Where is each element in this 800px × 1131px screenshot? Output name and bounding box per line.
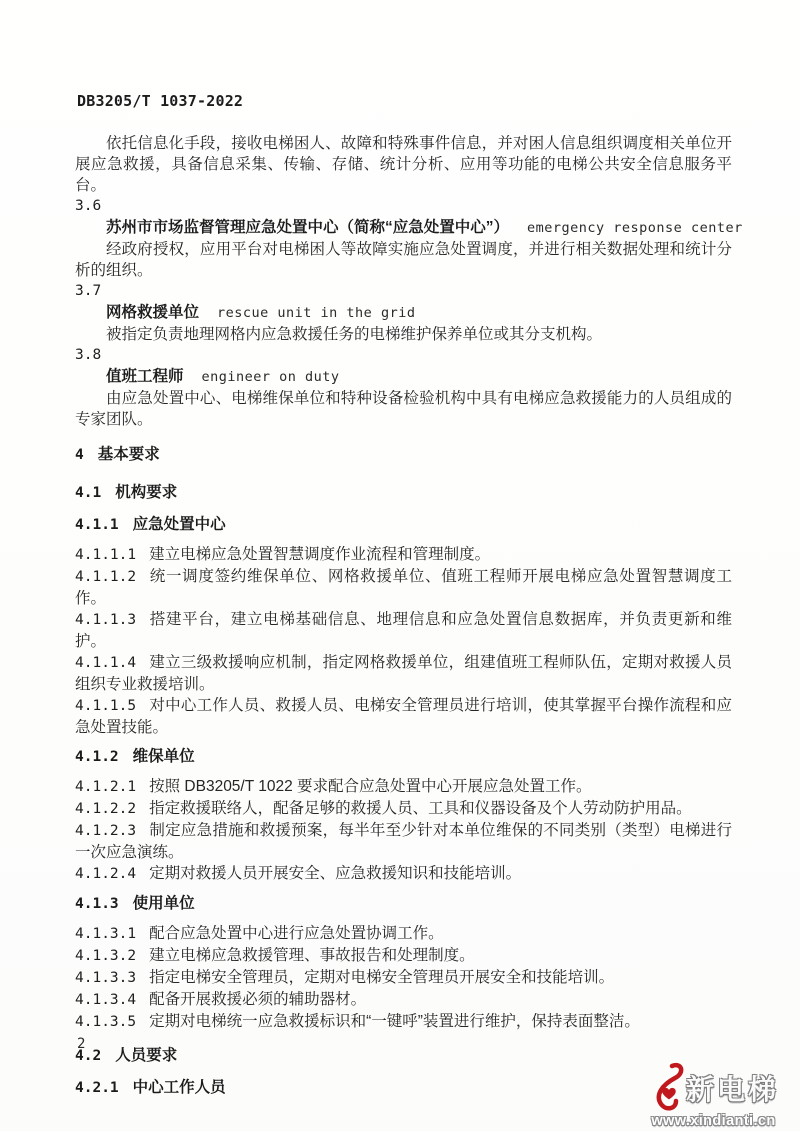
clause-item-text: 配备开展救援必须的辅助器材。 xyxy=(149,991,366,1008)
clause-item: 4.1.2.1按照 DB3205/T 1022 要求配合应急处置中心开展应急处置… xyxy=(75,776,732,798)
clause-item: 4.1.1.4建立三级救援响应机制，指定网格救援单位，组建值班工程师队伍，定期对… xyxy=(75,652,732,695)
clause-item-text: 建立三级救援响应机制，指定网格救援单位，组建值班工程师队伍，定期对救援人员组织专… xyxy=(75,654,732,693)
section-number: 4.1.2 xyxy=(75,749,119,765)
document-content: 依托信息化手段，接收电梯困人、故障和特殊事件信息，并对困人信息组织调度相关单位开… xyxy=(75,133,732,1107)
clause-item-text: 建立电梯应急处置智慧调度作业流程和管理制度。 xyxy=(149,546,490,563)
term-chinese: 值班工程师 xyxy=(106,368,184,385)
clause-item-text: 制定应急措施和救援预案，每半年至少针对本单位维保的不同类别（类型）电梯进行一次应… xyxy=(75,822,732,861)
watermark-url: www.xindianti.cn xyxy=(651,1113,775,1129)
clause-number: 3.8 xyxy=(75,345,732,366)
clause-item: 4.1.3.5定期对电梯统一应急救援标识和“一键呼”装置进行维护，保持表面整洁。 xyxy=(75,1011,732,1033)
clause-item-number: 4.1.1.1 xyxy=(75,547,149,563)
watermark: 新电梯 www.xindianti.cn xyxy=(631,1061,796,1129)
clause-item-number: 4.1.3.4 xyxy=(75,992,149,1008)
clause-item: 4.1.1.1建立电梯应急处置智慧调度作业流程和管理制度。 xyxy=(75,544,732,566)
clause-item-text: 建立电梯应急救援管理、事故报告和处理制度。 xyxy=(149,947,475,964)
paragraph: 经政府授权，应用平台对电梯困人等故障实施应急处置调度，并进行相关数据处理和统计分… xyxy=(75,239,732,281)
clause-item-text: 搭建平台，建立电梯基础信息、地理信息和应急处置信息数据库，并负责更新和维护。 xyxy=(75,611,732,650)
section-number: 4.1.3 xyxy=(75,896,119,912)
clause-item-text: 按照 DB3205/T 1022 要求配合应急处置中心开展应急处置工作。 xyxy=(149,778,591,795)
term-chinese: 网格救援单位 xyxy=(106,304,199,321)
clause-item: 4.1.1.2统一调度签约维保单位、网格救援单位、值班工程师开展电梯应急处置智慧… xyxy=(75,566,732,609)
standard-code-header: DB3205/T 1037-2022 xyxy=(77,92,243,110)
section-heading: 4.1.2维保单位 xyxy=(75,746,732,768)
clause-item-number: 4.1.2.3 xyxy=(75,823,149,839)
document-page: DB3205/T 1037-2022 依托信息化手段，接收电梯困人、故障和特殊事… xyxy=(0,0,800,1131)
paragraph: 由应急处置中心、电梯维保单位和特种设备检验机构中具有电梯应急救援能力的人员组成的… xyxy=(75,388,732,430)
clause-item-number: 4.1.3.2 xyxy=(75,948,149,964)
clause-item: 4.1.2.3制定应急措施和救援预案，每半年至少针对本单位维保的不同类别（类型）… xyxy=(75,820,732,863)
term-chinese: 苏州市市场监督管理应急处置中心（简称“应急处置中心”） xyxy=(106,219,509,236)
clause-item: 4.1.3.4配备开展救援必须的辅助器材。 xyxy=(75,989,732,1011)
clause-item-number: 4.1.1.4 xyxy=(75,655,149,671)
paragraph: 依托信息化手段，接收电梯困人、故障和特殊事件信息，并对困人信息组织调度相关单位开… xyxy=(75,133,732,196)
watermark-brand: 新电梯 xyxy=(686,1068,779,1108)
section-heading: 4基本要求 xyxy=(75,444,732,466)
clause-number: 3.7 xyxy=(75,281,732,302)
clause-item: 4.1.3.1配合应急处置中心进行应急处置协调工作。 xyxy=(75,923,732,945)
paragraph: 被指定负责地理网格内应急救援任务的电梯维护保养单位或其分支机构。 xyxy=(75,324,732,345)
section-heading: 4.1.3使用单位 xyxy=(75,893,732,915)
term-english: engineer on duty xyxy=(202,369,340,385)
clause-item-text: 指定救援联络人，配备足够的救援人员、工具和仪器设备及个人劳动防护用品。 xyxy=(149,800,692,817)
term-english: emergency response center xyxy=(527,220,743,236)
section-number: 4.2.1 xyxy=(75,1080,119,1096)
section-title: 维保单位 xyxy=(133,748,195,765)
section-number: 4.1.1 xyxy=(75,517,119,533)
clause-item-number: 4.1.2.2 xyxy=(75,801,149,817)
clause-item: 4.1.1.3搭建平台，建立电梯基础信息、地理信息和应急处置信息数据库，并负责更… xyxy=(75,609,732,652)
clause-item-number: 4.1.1.5 xyxy=(75,698,149,714)
clause-item-number: 4.1.3.1 xyxy=(75,926,149,942)
section-number: 4.1 xyxy=(75,485,101,501)
section-heading: 4.1.1应急处置中心 xyxy=(75,514,732,536)
clause-item-number: 4.1.3.3 xyxy=(75,970,149,986)
clause-item-text: 定期对救援人员开展安全、应急救援知识和技能培训。 xyxy=(149,865,521,882)
clause-item: 4.1.2.4定期对救援人员开展安全、应急救援知识和技能培训。 xyxy=(75,863,732,885)
xindianti-logo-icon xyxy=(648,1061,684,1115)
section-title: 基本要求 xyxy=(98,446,160,463)
clause-item-text: 配合应急处置中心进行应急处置协调工作。 xyxy=(149,925,444,942)
watermark-logo-row: 新电梯 xyxy=(648,1061,779,1115)
section-title: 人员要求 xyxy=(115,1047,177,1064)
clause-item: 4.1.2.2指定救援联络人，配备足够的救援人员、工具和仪器设备及个人劳动防护用… xyxy=(75,798,732,820)
clause-item-number: 4.1.1.2 xyxy=(75,569,149,585)
term-definition: 苏州市市场监督管理应急处置中心（简称“应急处置中心”）emergency res… xyxy=(75,217,732,239)
term-definition: 值班工程师engineer on duty xyxy=(75,366,732,388)
clause-item: 4.1.3.2建立电梯应急救援管理、事故报告和处理制度。 xyxy=(75,945,732,967)
section-number: 4 xyxy=(75,447,84,463)
clause-item: 4.1.3.3指定电梯安全管理员，定期对电梯安全管理员开展安全和技能培训。 xyxy=(75,967,732,989)
section-title: 机构要求 xyxy=(115,484,177,501)
section-heading: 4.1机构要求 xyxy=(75,482,732,504)
page-number: 2 xyxy=(77,1036,85,1052)
clause-item-text: 指定电梯安全管理员，定期对电梯安全管理员开展安全和技能培训。 xyxy=(149,969,614,986)
section-title: 中心工作人员 xyxy=(133,1079,226,1096)
section-title: 应急处置中心 xyxy=(133,516,226,533)
section-title: 使用单位 xyxy=(133,895,195,912)
clause-item-text: 对中心工作人员、救援人员、电梯安全管理员进行培训，使其掌握平台操作流程和应急处置… xyxy=(75,697,732,736)
term-definition: 网格救援单位rescue unit in the grid xyxy=(75,302,732,324)
clause-item-text: 统一调度签约维保单位、网格救援单位、值班工程师开展电梯应急处置智慧调度工作。 xyxy=(75,568,732,607)
clause-item-number: 4.1.3.5 xyxy=(75,1014,149,1030)
clause-item-number: 4.1.2.4 xyxy=(75,866,149,882)
clause-number: 3.6 xyxy=(75,196,732,217)
clause-item-number: 4.1.2.1 xyxy=(75,779,149,795)
clause-item: 4.1.1.5对中心工作人员、救援人员、电梯安全管理员进行培训，使其掌握平台操作… xyxy=(75,695,732,738)
term-english: rescue unit in the grid xyxy=(217,305,415,321)
clause-item-text: 定期对电梯统一应急救援标识和“一键呼”装置进行维护，保持表面整洁。 xyxy=(149,1013,640,1030)
clause-item-number: 4.1.1.3 xyxy=(75,612,149,628)
